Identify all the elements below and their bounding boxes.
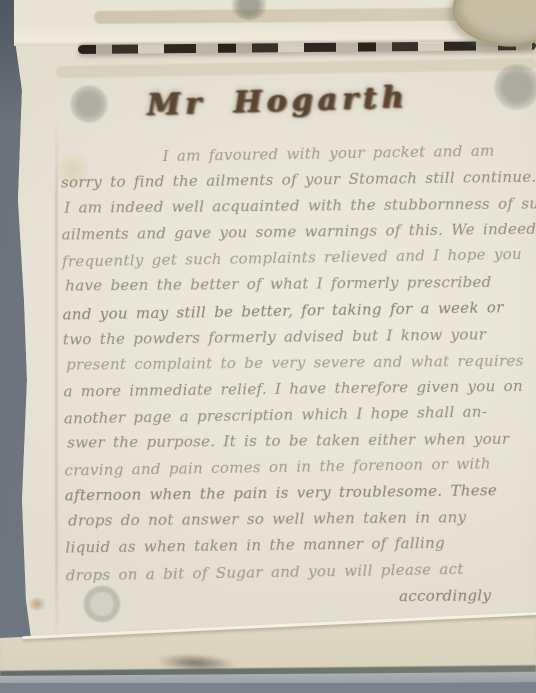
handwritten-letter: Mr Hogarth I am favoured with your packe…	[0, 0, 536, 693]
table-surface	[0, 683, 536, 693]
manuscript-photo: Mr Hogarth I am favoured with your packe…	[0, 0, 536, 693]
letter-body: I am favoured with your packet and am so…	[61, 138, 536, 613]
letter-closing-word: accordingly	[399, 582, 536, 609]
letter-heading: Mr Hogarth	[147, 80, 410, 123]
